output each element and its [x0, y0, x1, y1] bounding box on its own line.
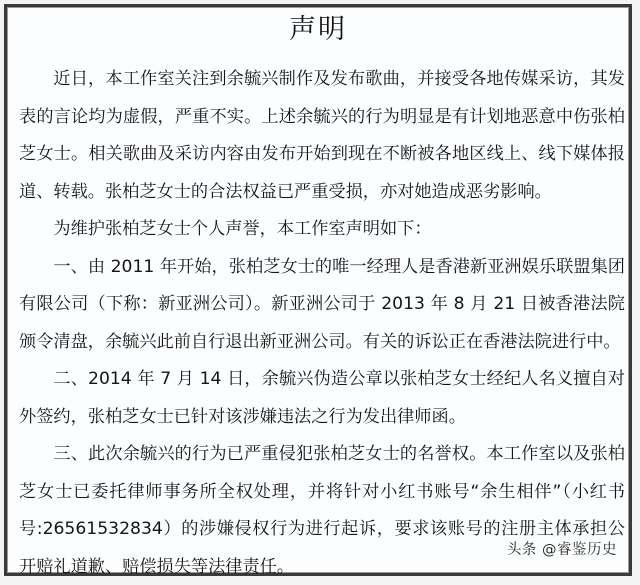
- document-body: 近日，本工作室关注到余毓兴制作及发布歌曲，并接受各地传媒采访，其发表的言论均为虚…: [19, 61, 625, 585]
- paragraph-item-2: 二、2014 年 7 月 14 日，余毓兴伪造公章以张柏芝女士经纪人名义擅自对外…: [19, 361, 625, 436]
- paragraph-item-3: 三、此次余毓兴的行为已严重侵犯张柏芝女士的名誉权。本工作室以及张柏芝女士已委托律…: [19, 436, 625, 585]
- paragraph-intro: 近日，本工作室关注到余毓兴制作及发布歌曲，并接受各地传媒采访，其发表的言论均为虚…: [19, 61, 625, 211]
- paragraph-declaration-lead: 为维护张柏芝女士个人声誉，本工作室声明如下：: [19, 211, 625, 249]
- paragraph-item-1: 一、由 2011 年开始，张柏芝女士的唯一经理人是香港新亚洲娱乐联盟集团有限公司…: [19, 249, 625, 362]
- document-title: 声明: [7, 13, 629, 47]
- statement-frame: 声明 近日，本工作室关注到余毓兴制作及发布歌曲，并接受各地传媒采访，其发表的言论…: [4, 4, 632, 576]
- source-watermark: 头条 @睿鉴历史: [507, 538, 617, 559]
